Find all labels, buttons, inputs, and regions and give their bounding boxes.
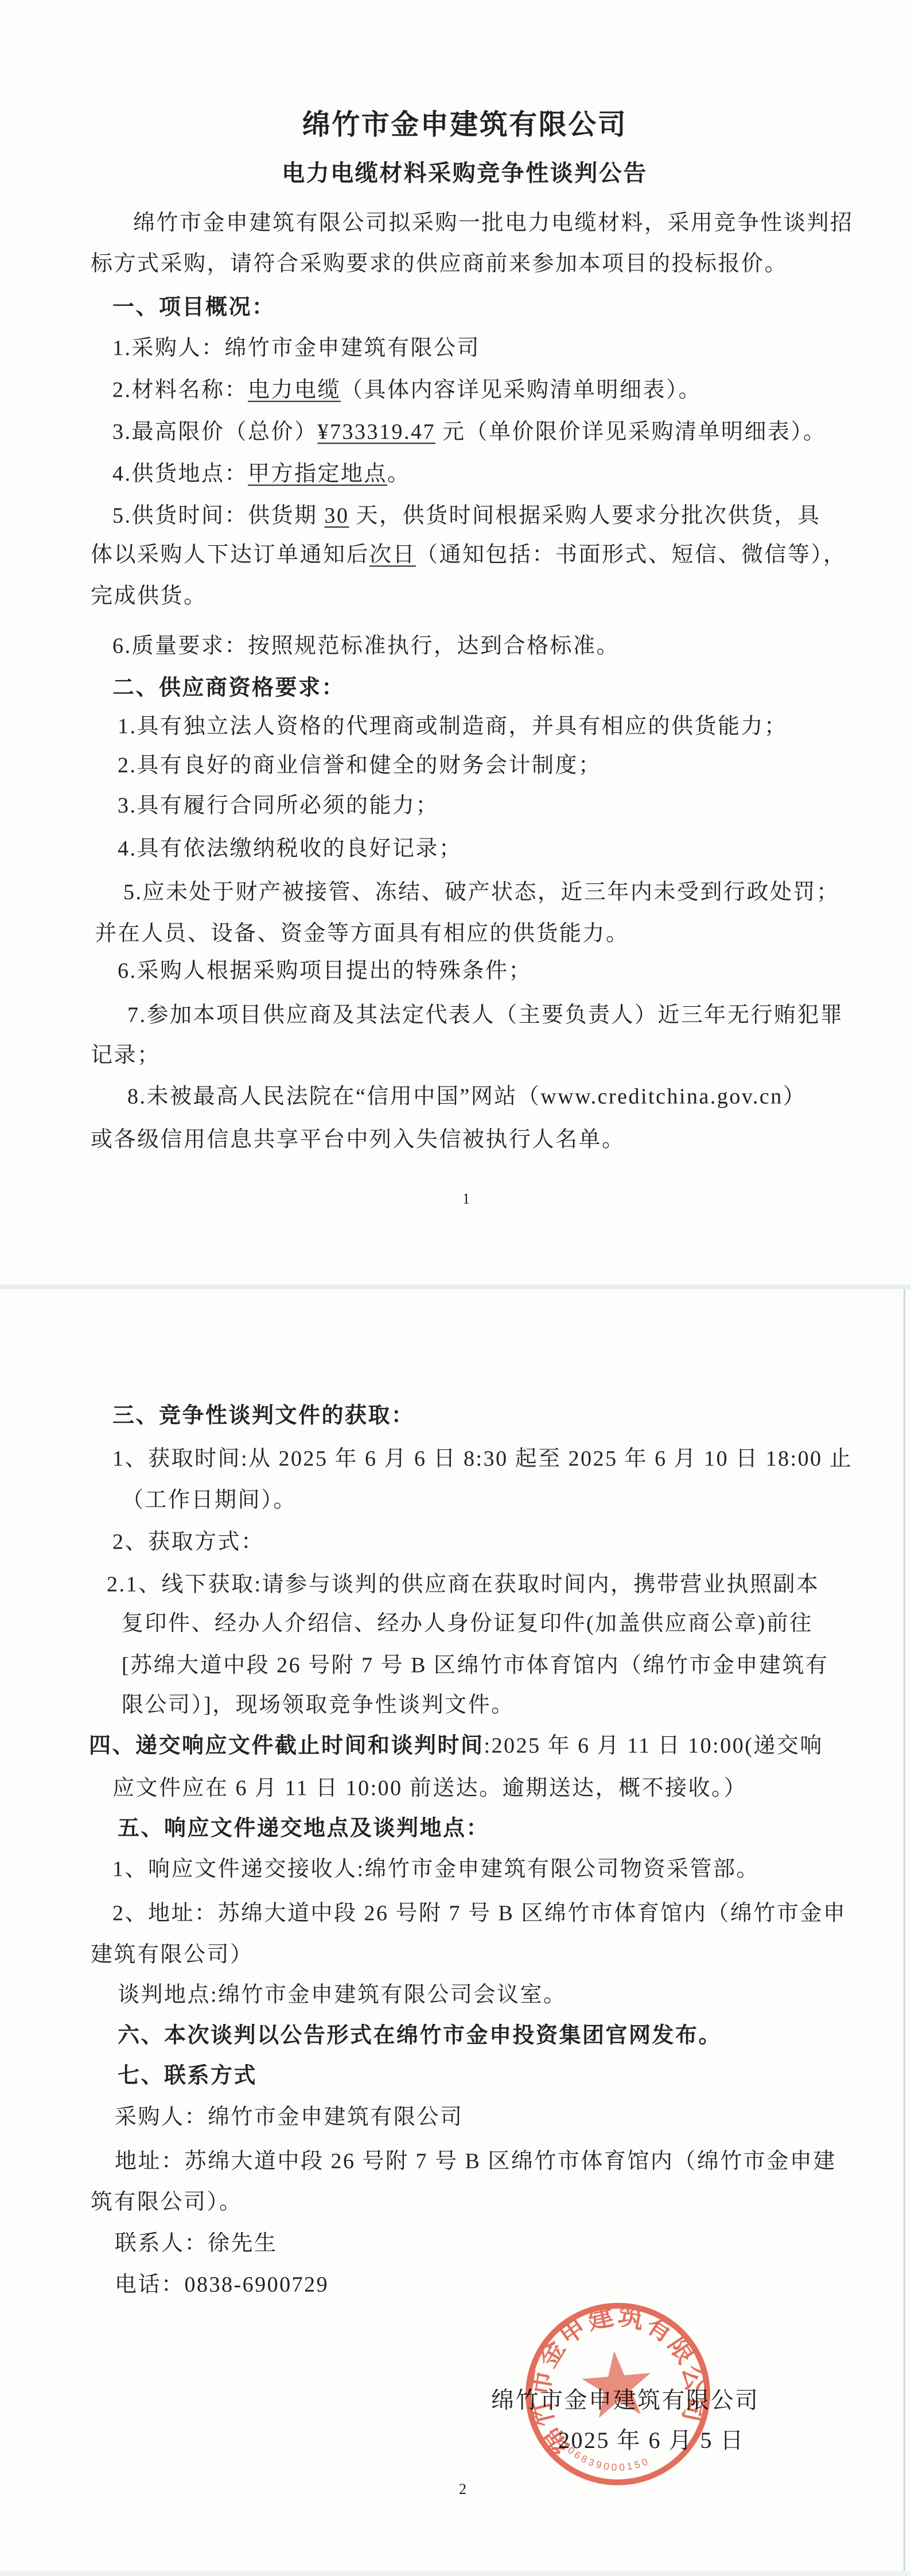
text-run: 并在人员、设备、资金等方面具有相应的供货能力。 <box>95 921 629 945</box>
text-run: 5.应未处于财产被接管、冻结、破产状态，近三年内未受到行政处罚； <box>123 880 840 904</box>
list-item: 体以采购人下达订单通知后次日（通知包括：书面形式、短信、微信等）， <box>91 541 847 569</box>
list-item: 复印件、经办人介绍信、经办人身份证复印件(加盖供应商公章)前往 <box>122 1610 813 1638</box>
text-run: :2025 年 6 月 11 日 10:00(递交响 <box>484 1733 823 1758</box>
list-item: 7.参加本项目供应商及其法定代表人（主要负责人）近三年无行贿犯罪 <box>127 1002 844 1029</box>
text-run: 筑有限公司）。 <box>91 2190 243 2214</box>
list-item: 5.应未处于财产被接管、冻结、破产状态，近三年内未受到行政处罚； <box>123 879 840 906</box>
text-run: 8.未被最高人民法院在“信用中国”网站（www.creditchina.gov.… <box>127 1084 806 1108</box>
document-title: 绵竹市金申建筑有限公司 <box>302 107 628 143</box>
list-item: 1.具有独立法人资格的代理商或制造商，并具有相应的供货能力； <box>118 713 788 740</box>
section-heading: 三、竞争性谈判文件的获取： <box>112 1402 415 1430</box>
text-run: 1 <box>462 1190 472 1207</box>
text-run: 记录； <box>91 1043 161 1067</box>
text-run: （工作日期间）。 <box>122 1488 297 1512</box>
section-heading: 七、联系方式 <box>118 2062 257 2090</box>
list-item: 3.具有履行合同所必须的能力； <box>118 792 439 820</box>
list-item: 2.材料名称：电力电缆（具体内容详见采购清单明细表）。 <box>112 377 702 404</box>
list-item: 记录； <box>91 1042 161 1069</box>
text-run: [苏绵大道中段 26 号附 7 号 B 区绵竹市体育馆内（绵竹市金申建筑有 <box>122 1653 829 1677</box>
text-run: 天，供货时间根据采购人要求分批次供货，具 <box>349 503 821 527</box>
text-run: 标方式采购，请符合采购要求的供应商前来参加本项目的投标报价。 <box>91 251 788 276</box>
list-item: 1.采购人：绵竹市金申建筑有限公司 <box>112 335 480 362</box>
text-run: 2、获取方式： <box>112 1530 264 1554</box>
contact-line: 筑有限公司）。 <box>91 2189 243 2216</box>
list-item: [苏绵大道中段 26 号附 7 号 B 区绵竹市体育馆内（绵竹市金申建筑有 <box>122 1652 829 1679</box>
text-run: 复印件、经办人介绍信、经办人身份证复印件(加盖供应商公章)前往 <box>122 1611 813 1635</box>
text-run: 。 <box>387 461 411 486</box>
list-item: 或各级信用信息共享平台中列入失信被执行人名单。 <box>91 1126 625 1154</box>
section-heading: 五、响应文件递交地点及谈判地点： <box>118 1815 489 1842</box>
text-run: 绵竹市金申建筑有限公司 <box>302 110 628 141</box>
company-seal-stamp: 绵竹市金申建筑有限公司 5106839000150 <box>515 2291 721 2497</box>
page-number: 2 <box>459 2480 468 2499</box>
page-separator <box>0 1285 911 1289</box>
page-2 <box>0 1289 911 2571</box>
text-run: 1.采购人：绵竹市金申建筑有限公司 <box>112 336 480 360</box>
text-run: 甲方指定地点 <box>248 461 387 486</box>
text-run: （通知包括：书面形式、短信、微信等）， <box>416 542 847 567</box>
text-run: 6.采购人根据采购项目提出的特殊条件； <box>118 959 532 983</box>
list-item: 限公司）]，现场领取竞争性谈判文件。 <box>122 1692 515 1719</box>
text-run: 2 <box>459 2481 468 2497</box>
list-item: 建筑有限公司） <box>91 1941 254 1969</box>
text-run: 或各级信用信息共享平台中列入失信被执行人名单。 <box>91 1127 625 1151</box>
list-item: 1、获取时间:从 2025 年 6 月 6 日 8:30 起至 2025 年 6… <box>112 1445 852 1473</box>
text-run: 3.最高限价（总价） <box>112 420 318 444</box>
section-heading: 四、递交响应文件截止时间和谈判时间:2025 年 6 月 11 日 10:00(… <box>89 1732 823 1760</box>
text-run: 三、竞争性谈判文件的获取： <box>112 1403 415 1427</box>
text-run: 限公司）]，现场领取竞争性谈判文件。 <box>122 1693 515 1717</box>
list-item: 1、响应文件递交接收人:绵竹市金申建筑有限公司物资采管部。 <box>112 1856 760 1883</box>
text-run: 7.参加本项目供应商及其法定代表人（主要负责人）近三年无行贿犯罪 <box>127 1003 844 1027</box>
list-item: 3.最高限价（总价）¥733319.47 元（单价限价详见采购清单明细表）。 <box>112 418 827 446</box>
page-number: 1 <box>462 1190 472 1209</box>
text-run: 2.1、线下获取:请参与谈判的供应商在获取时间内，携带营业执照副本 <box>107 1572 820 1596</box>
text-run: 电力电缆材料采购竞争性谈判公告 <box>282 161 648 186</box>
text-run: 七、联系方式 <box>118 2063 257 2088</box>
text-run: 4.供货地点： <box>112 461 248 486</box>
text-run: 2.具有良好的商业信誉和健全的财务会计制度； <box>118 753 602 777</box>
section-heading: 六、本次谈判以公告形式在绵竹市金申投资集团官网发布。 <box>118 2022 722 2050</box>
list-item: 2、获取方式： <box>112 1528 264 1556</box>
text-run: 谈判地点:绵竹市金申建筑有限公司会议室。 <box>118 1983 567 2007</box>
document-canvas: 绵竹市金申建筑有限公司电力电缆材料采购竞争性谈判公告绵竹市金申建筑有限公司拟采购… <box>0 0 911 2576</box>
list-item: 2.1、线下获取:请参与谈判的供应商在获取时间内，携带营业执照副本 <box>107 1571 820 1599</box>
text-run: ¥733319.47 <box>318 420 436 444</box>
text-run: 2、地址：苏绵大道中段 26 号附 7 号 B 区绵竹市体育馆内（绵竹市金申 <box>112 1901 846 1925</box>
text-run: 四、递交响应文件截止时间和谈判时间 <box>89 1733 484 1758</box>
text-run: 5.供货时间：供货期 <box>112 503 325 527</box>
text-run: 元（单价限价详见采购清单明细表）。 <box>435 420 827 444</box>
intro-line: 绵竹市金申建筑有限公司拟采购一批电力电缆材料，采用竞争性谈判招 <box>133 210 854 237</box>
list-item: 完成供货。 <box>91 583 207 610</box>
text-run: 五、响应文件递交地点及谈判地点： <box>118 1816 489 1840</box>
list-item: 2.具有良好的商业信誉和健全的财务会计制度； <box>118 752 602 779</box>
text-run: 30 <box>325 503 349 527</box>
list-item: 2、地址：苏绵大道中段 26 号附 7 号 B 区绵竹市体育馆内（绵竹市金申 <box>112 1900 846 1927</box>
text-run: 3.具有履行合同所必须的能力； <box>118 793 439 817</box>
list-item: （工作日期间）。 <box>122 1487 297 1514</box>
section-heading: 二、供应商资格要求： <box>112 674 345 702</box>
page-bottom-edge <box>0 2571 911 2576</box>
text-run: （具体内容详见采购清单明细表）。 <box>341 378 702 402</box>
list-item: 谈判地点:绵竹市金申建筑有限公司会议室。 <box>118 1981 567 2009</box>
text-run: 应文件应在 6 月 11 日 10:00 前送达。逾期送达，概不接收。） <box>112 1776 747 1800</box>
contact-line: 地址：苏绵大道中段 26 号附 7 号 B 区绵竹市体育馆内（绵竹市金申建 <box>115 2148 836 2175</box>
seal-svg: 绵竹市金申建筑有限公司 5106839000150 <box>515 2291 721 2497</box>
page-2-right-edge <box>904 1289 905 2571</box>
text-run: 电力电缆 <box>248 378 341 402</box>
text-run: 电话：0838-6900729 <box>115 2272 329 2296</box>
text-run: 绵竹市金申建筑有限公司拟采购一批电力电缆材料，采用竞争性谈判招 <box>133 211 854 235</box>
text-run: 地址：苏绵大道中段 26 号附 7 号 B 区绵竹市体育馆内（绵竹市金申建 <box>115 2149 836 2173</box>
contact-line: 联系人：徐先生 <box>115 2230 278 2257</box>
contact-line: 采购人：绵竹市金申建筑有限公司 <box>115 2104 464 2131</box>
list-item: 并在人员、设备、资金等方面具有相应的供货能力。 <box>95 920 629 948</box>
list-item: 应文件应在 6 月 11 日 10:00 前送达。逾期送达，概不接收。） <box>112 1775 747 1802</box>
text-run: 1.具有独立法人资格的代理商或制造商，并具有相应的供货能力； <box>118 714 788 738</box>
text-run: 一、项目概况： <box>112 295 275 319</box>
text-run: 4.具有依法缴纳税收的良好记录； <box>118 836 462 860</box>
text-run: 二、供应商资格要求： <box>112 676 345 700</box>
text-run: 联系人：徐先生 <box>115 2231 278 2255</box>
text-run: 2.材料名称： <box>112 378 248 402</box>
list-item: 4.供货地点：甲方指定地点。 <box>112 460 411 488</box>
text-run: 建筑有限公司） <box>91 1942 254 1966</box>
seal-star-icon <box>580 2348 655 2419</box>
text-run: 六、本次谈判以公告形式在绵竹市金申投资集团官网发布。 <box>118 2023 722 2047</box>
list-item: 5.供货时间：供货期 30 天，供货时间根据采购人要求分批次供货，具 <box>112 502 821 530</box>
contact-line: 电话：0838-6900729 <box>115 2271 329 2299</box>
text-run: 1、获取时间:从 2025 年 6 月 6 日 8:30 起至 2025 年 6… <box>112 1446 852 1471</box>
text-run: 体以采购人下达订单通知后 <box>91 542 369 567</box>
text-run: 6.质量要求：按照规范标准执行，达到合格标准。 <box>112 634 620 658</box>
list-item: 4.具有依法缴纳税收的良好记录； <box>118 835 462 863</box>
intro-line: 标方式采购，请符合采购要求的供应商前来参加本项目的投标报价。 <box>91 250 788 278</box>
list-item: 6.采购人根据采购项目提出的特殊条件； <box>118 957 532 985</box>
text-run: 采购人：绵竹市金申建筑有限公司 <box>115 2105 464 2129</box>
text-run: 完成供货。 <box>91 584 207 608</box>
text-run: 次日 <box>369 542 416 567</box>
document-subtitle: 电力电缆材料采购竞争性谈判公告 <box>282 159 648 188</box>
text-run: 1、响应文件递交接收人:绵竹市金申建筑有限公司物资采管部。 <box>112 1857 760 1881</box>
section-heading: 一、项目概况： <box>112 294 275 321</box>
list-item: 8.未被最高人民法院在“信用中国”网站（www.creditchina.gov.… <box>127 1083 806 1111</box>
list-item: 6.质量要求：按照规范标准执行，达到合格标准。 <box>112 633 620 660</box>
